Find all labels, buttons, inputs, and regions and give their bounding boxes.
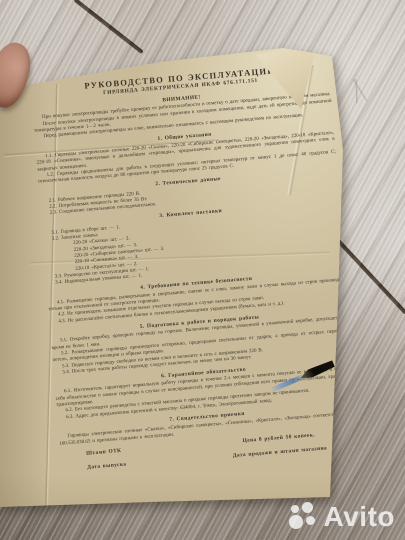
avito-wordmark: Avito — [324, 503, 395, 531]
photo-scene: РУКОВОДСТВО ПО ЭКСПЛУАТАЦИИ ГИРЛЯНДА ЭЛЕ… — [0, 0, 405, 540]
manual-page: РУКОВОДСТВО ПО ЭКСПЛУАТАЦИИ ГИРЛЯНДА ЭЛЕ… — [0, 0, 405, 540]
paper-surface: РУКОВОДСТВО ПО ЭКСПЛУАТАЦИИ ГИРЛЯНДА ЭЛЕ… — [0, 0, 405, 540]
issue-date-label: Дата выпуска — [87, 455, 201, 471]
avito-logo-icon — [289, 502, 319, 532]
avito-watermark: Avito — [289, 502, 395, 532]
document-text: РУКОВОДСТВО ПО ЭКСПЛУАТАЦИИ ГИРЛЯНДА ЭЛЕ… — [30, 56, 360, 480]
